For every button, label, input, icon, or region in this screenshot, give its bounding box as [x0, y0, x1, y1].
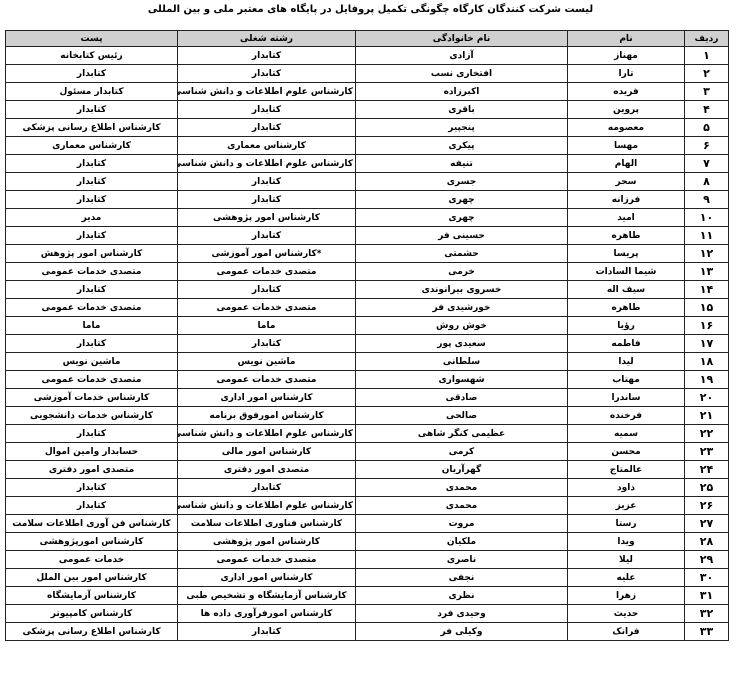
- cell-last-name: ملکیان: [356, 533, 568, 551]
- cell-job-field: کتابدار: [178, 47, 356, 65]
- header-position: پست: [6, 31, 178, 47]
- cell-row-number: ۲۳: [685, 443, 729, 461]
- cell-job-field: کارشناس امور اداری: [178, 389, 356, 407]
- cell-first-name: مهناز: [568, 47, 685, 65]
- cell-last-name: جسری: [356, 173, 568, 191]
- header-row-number: ردیف: [685, 31, 729, 47]
- document-title: لیست شرکت کنندگان کارگاه چگونگی تکمیل پر…: [0, 4, 741, 15]
- cell-row-number: ۱۲: [685, 245, 729, 263]
- cell-last-name: حشمتی: [356, 245, 568, 263]
- participants-table: ردیف نام نام خانوادگی رشته شغلی پست ۱مهن…: [5, 30, 729, 641]
- cell-job-field: کتابدار: [178, 119, 356, 137]
- table-row: ۱۱طاهرهحسینی فرکتابدارکتابدار: [6, 227, 729, 245]
- cell-first-name: فریده: [568, 83, 685, 101]
- cell-position: کارشناس خدمات دانشجویی: [6, 407, 178, 425]
- cell-last-name: وحیدی فرد: [356, 605, 568, 623]
- cell-job-field: متصدی خدمات عمومی: [178, 371, 356, 389]
- cell-job-field: کتابدار: [178, 335, 356, 353]
- table-row: ۱۶رؤیاخوش روشماماماما: [6, 317, 729, 335]
- cell-row-number: ۱۵: [685, 299, 729, 317]
- cell-last-name: خورشیدی فر: [356, 299, 568, 317]
- table-row: ۲۱فرخندهصالحیکارشناس امورفوق برنامهکارشن…: [6, 407, 729, 425]
- cell-row-number: ۱۳: [685, 263, 729, 281]
- cell-first-name: فرخنده: [568, 407, 685, 425]
- cell-position: کارشناس کامپیوتر: [6, 605, 178, 623]
- cell-row-number: ۲۰: [685, 389, 729, 407]
- cell-first-name: طاهره: [568, 227, 685, 245]
- cell-position: ماما: [6, 317, 178, 335]
- cell-position: کتابدار: [6, 173, 178, 191]
- cell-row-number: ۲۵: [685, 479, 729, 497]
- cell-job-field: کتابدار: [178, 281, 356, 299]
- cell-last-name: شهسواری: [356, 371, 568, 389]
- cell-first-name: عالمتاج: [568, 461, 685, 479]
- table-row: ۲۵داودمحمدیکتابدارکتابدار: [6, 479, 729, 497]
- cell-position: مدیر: [6, 209, 178, 227]
- cell-first-name: زهرا: [568, 587, 685, 605]
- cell-first-name: عزیز: [568, 497, 685, 515]
- cell-job-field: کارشناس علوم اطلاعات و دانش شناسی: [178, 155, 356, 173]
- cell-job-field: کارشناس علوم اطلاعات و دانش شناسی: [178, 83, 356, 101]
- cell-job-field: متصدی خدمات عمومی: [178, 551, 356, 569]
- table-row: ۲۴عالمتاجگهرآریانمتصدی امور دفتریمتصدی ا…: [6, 461, 729, 479]
- cell-last-name: محمدی: [356, 497, 568, 515]
- table-row: ۳۲حدیثوحیدی فردکارشناس امورفرآوری داده ه…: [6, 605, 729, 623]
- cell-row-number: ۳: [685, 83, 729, 101]
- cell-row-number: ۸: [685, 173, 729, 191]
- cell-row-number: ۳۱: [685, 587, 729, 605]
- cell-first-name: لیلا: [568, 551, 685, 569]
- cell-position: متصدی خدمات عمومی: [6, 371, 178, 389]
- table-row: ۵معصومهپنجپیرکتابدارکارشناس اطلاع رسانی …: [6, 119, 729, 137]
- cell-first-name: حدیث: [568, 605, 685, 623]
- cell-first-name: معصومه: [568, 119, 685, 137]
- table-row: ۹فرزانهچهریکتابدارکتابدار: [6, 191, 729, 209]
- cell-last-name: باقری: [356, 101, 568, 119]
- cell-row-number: ۱۸: [685, 353, 729, 371]
- cell-last-name: آزادی: [356, 47, 568, 65]
- cell-row-number: ۲۱: [685, 407, 729, 425]
- cell-position: کارشناس امور بین الملل: [6, 569, 178, 587]
- cell-first-name: داود: [568, 479, 685, 497]
- cell-first-name: شیما السادات: [568, 263, 685, 281]
- cell-row-number: ۲۶: [685, 497, 729, 515]
- cell-last-name: اکبرزاده: [356, 83, 568, 101]
- cell-job-field: کتابدار: [178, 101, 356, 119]
- cell-first-name: رستا: [568, 515, 685, 533]
- cell-job-field: متصدی خدمات عمومی: [178, 299, 356, 317]
- cell-job-field: کارشناس امورفرآوری داده ها: [178, 605, 356, 623]
- cell-row-number: ۱۷: [685, 335, 729, 353]
- header-job-field: رشته شغلی: [178, 31, 356, 47]
- cell-last-name: صالحی: [356, 407, 568, 425]
- table-row: ۳۰علیهنجفیکارشناس امور اداریکارشناس امور…: [6, 569, 729, 587]
- cell-job-field: کارشناس معماری: [178, 137, 356, 155]
- cell-last-name: محمدی: [356, 479, 568, 497]
- cell-job-field: کارشناس آزمایشگاه و تشخیص طبی: [178, 587, 356, 605]
- cell-position: رئیس کتابخانه: [6, 47, 178, 65]
- cell-position: خدمات عمومی: [6, 551, 178, 569]
- cell-job-field: کتابدار: [178, 65, 356, 83]
- table-row: ۲تاراافتخاری نسبکتابدارکتابدار: [6, 65, 729, 83]
- cell-position: کارشناس فن آوری اطلاعات سلامت: [6, 515, 178, 533]
- cell-row-number: ۱۰: [685, 209, 729, 227]
- cell-last-name: سعیدی پور: [356, 335, 568, 353]
- table-row: ۲۸ویداملکیانکارشناس امور پژوهشیکارشناس ا…: [6, 533, 729, 551]
- table-row: ۳۳فرانکوکیلی فرکتابدارکارشناس اطلاع رسان…: [6, 623, 729, 641]
- table-row: ۳۱زهرانظریکارشناس آزمایشگاه و تشخیص طبیک…: [6, 587, 729, 605]
- cell-job-field: *کارشناس امور آموزشی: [178, 245, 356, 263]
- cell-job-field: ماشین نویس: [178, 353, 356, 371]
- cell-last-name: نظری: [356, 587, 568, 605]
- cell-last-name: حسینی فر: [356, 227, 568, 245]
- cell-first-name: ویدا: [568, 533, 685, 551]
- cell-position: کارشناس امور پژوهش: [6, 245, 178, 263]
- cell-last-name: تنیفه: [356, 155, 568, 173]
- cell-position: ماشین نویس: [6, 353, 178, 371]
- table-row: ۲۷رستامروتکارشناس فناوری اطلاعات سلامتکا…: [6, 515, 729, 533]
- cell-first-name: پروین: [568, 101, 685, 119]
- cell-position: متصدی امور دفتری: [6, 461, 178, 479]
- cell-last-name: افتخاری نسب: [356, 65, 568, 83]
- cell-position: کارشناس معماری: [6, 137, 178, 155]
- cell-last-name: ناصری: [356, 551, 568, 569]
- cell-first-name: فرزانه: [568, 191, 685, 209]
- cell-last-name: پیکری: [356, 137, 568, 155]
- cell-first-name: محسن: [568, 443, 685, 461]
- header-last-name: نام خانوادگی: [356, 31, 568, 47]
- cell-row-number: ۱۶: [685, 317, 729, 335]
- cell-last-name: عظیمی کنگر شاهی: [356, 425, 568, 443]
- cell-job-field: کارشناس امور پژوهشی: [178, 533, 356, 551]
- table-row: ۳فریدهاکبرزادهکارشناس علوم اطلاعات و دان…: [6, 83, 729, 101]
- cell-last-name: صادقی: [356, 389, 568, 407]
- cell-last-name: خسروی بیرانوندی: [356, 281, 568, 299]
- cell-last-name: خرمی: [356, 263, 568, 281]
- table-row: ۱۳شیما الساداتخرمیمتصدی خدمات عمومیمتصدی…: [6, 263, 729, 281]
- cell-position: کتابدار: [6, 479, 178, 497]
- table-row: ۱مهنازآزادیکتابداررئیس کتابخانه: [6, 47, 729, 65]
- table-row: ۲۲سمیهعظیمی کنگر شاهیکارشناس علوم اطلاعا…: [6, 425, 729, 443]
- cell-first-name: فاطمه: [568, 335, 685, 353]
- cell-last-name: کرمی: [356, 443, 568, 461]
- cell-row-number: ۳۲: [685, 605, 729, 623]
- cell-row-number: ۶: [685, 137, 729, 155]
- cell-position: متصدی خدمات عمومی: [6, 263, 178, 281]
- cell-job-field: متصدی خدمات عمومی: [178, 263, 356, 281]
- cell-row-number: ۹: [685, 191, 729, 209]
- cell-job-field: کارشناس امورفوق برنامه: [178, 407, 356, 425]
- cell-job-field: کتابدار: [178, 479, 356, 497]
- cell-first-name: فرانک: [568, 623, 685, 641]
- table-row: ۴پروینباقریکتابدارکتابدار: [6, 101, 729, 119]
- cell-position: کتابدار: [6, 425, 178, 443]
- cell-job-field: متصدی امور دفتری: [178, 461, 356, 479]
- cell-position: کارشناس آزمایشگاه: [6, 587, 178, 605]
- cell-job-field: کارشناس امور پژوهشی: [178, 209, 356, 227]
- table-row: ۱۲پریساحشمتی*کارشناس امور آموزشیکارشناس …: [6, 245, 729, 263]
- table-row: ۶مهساپیکریکارشناس معماریکارشناس معماری: [6, 137, 729, 155]
- cell-job-field: کارشناس امور اداری: [178, 569, 356, 587]
- table-row: ۲۰ساندراصادقیکارشناس امور اداریکارشناس خ…: [6, 389, 729, 407]
- cell-job-field: ماما: [178, 317, 356, 335]
- cell-first-name: سحر: [568, 173, 685, 191]
- cell-first-name: ساندرا: [568, 389, 685, 407]
- cell-position: متصدی خدمات عمومی: [6, 299, 178, 317]
- cell-job-field: کارشناس علوم اطلاعات و دانش شناسی: [178, 425, 356, 443]
- cell-row-number: ۷: [685, 155, 729, 173]
- cell-position: کارشناس اطلاع رسانی پزشکی: [6, 119, 178, 137]
- cell-first-name: پریسا: [568, 245, 685, 263]
- cell-position: کتابدار: [6, 191, 178, 209]
- cell-position: کتابدار: [6, 155, 178, 173]
- cell-row-number: ۲۷: [685, 515, 729, 533]
- header-first-name: نام: [568, 31, 685, 47]
- cell-job-field: کارشناس امور مالی: [178, 443, 356, 461]
- cell-row-number: ۱۱: [685, 227, 729, 245]
- cell-first-name: مهسا: [568, 137, 685, 155]
- table-row: ۱۹مهتابشهسواریمتصدی خدمات عمومیمتصدی خدم…: [6, 371, 729, 389]
- cell-first-name: لیدا: [568, 353, 685, 371]
- cell-row-number: ۳۳: [685, 623, 729, 641]
- cell-row-number: ۱: [685, 47, 729, 65]
- cell-first-name: سیف اله: [568, 281, 685, 299]
- cell-last-name: سلطانی: [356, 353, 568, 371]
- cell-row-number: ۳۰: [685, 569, 729, 587]
- cell-row-number: ۱۹: [685, 371, 729, 389]
- cell-job-field: کتابدار: [178, 191, 356, 209]
- cell-first-name: طاهره: [568, 299, 685, 317]
- cell-row-number: ۲۲: [685, 425, 729, 443]
- cell-last-name: چهری: [356, 209, 568, 227]
- table-row: ۱۷فاطمهسعیدی پورکتابدارکتابدار: [6, 335, 729, 353]
- cell-row-number: ۲۹: [685, 551, 729, 569]
- table-row: ۱۰امیدچهریکارشناس امور پژوهشیمدیر: [6, 209, 729, 227]
- cell-row-number: ۵: [685, 119, 729, 137]
- table-row: ۲۹لیلاناصریمتصدی خدمات عمومیخدمات عمومی: [6, 551, 729, 569]
- cell-last-name: نجفی: [356, 569, 568, 587]
- cell-last-name: وکیلی فر: [356, 623, 568, 641]
- cell-last-name: گهرآریان: [356, 461, 568, 479]
- cell-job-field: کارشناس علوم اطلاعات و دانش شناسی: [178, 497, 356, 515]
- table-row: ۷الهامتنیفهکارشناس علوم اطلاعات و دانش ش…: [6, 155, 729, 173]
- cell-job-field: کارشناس فناوری اطلاعات سلامت: [178, 515, 356, 533]
- cell-position: کتابدار مسئول: [6, 83, 178, 101]
- cell-position: کتابدار: [6, 227, 178, 245]
- cell-last-name: خوش روش: [356, 317, 568, 335]
- table-row: ۲۶عزیزمحمدیکارشناس علوم اطلاعات و دانش ش…: [6, 497, 729, 515]
- cell-row-number: ۲۸: [685, 533, 729, 551]
- cell-position: حسابدار وامین اموال: [6, 443, 178, 461]
- cell-last-name: چهری: [356, 191, 568, 209]
- cell-position: کتابدار: [6, 65, 178, 83]
- cell-first-name: الهام: [568, 155, 685, 173]
- cell-position: کتابدار: [6, 101, 178, 119]
- cell-row-number: ۴: [685, 101, 729, 119]
- table-header-row: ردیف نام نام خانوادگی رشته شغلی پست: [6, 31, 729, 47]
- table-row: ۱۸لیداسلطانیماشین نویسماشین نویس: [6, 353, 729, 371]
- cell-job-field: کتابدار: [178, 227, 356, 245]
- cell-position: کتابدار: [6, 281, 178, 299]
- cell-first-name: سمیه: [568, 425, 685, 443]
- table-row: ۲۳محسنکرمیکارشناس امور مالیحسابدار وامین…: [6, 443, 729, 461]
- cell-last-name: مروت: [356, 515, 568, 533]
- cell-position: کتابدار: [6, 497, 178, 515]
- cell-row-number: ۲: [685, 65, 729, 83]
- cell-job-field: کتابدار: [178, 623, 356, 641]
- cell-job-field: کتابدار: [178, 173, 356, 191]
- cell-first-name: تارا: [568, 65, 685, 83]
- cell-last-name: پنجپیر: [356, 119, 568, 137]
- cell-position: کارشناس امورپژوهشی: [6, 533, 178, 551]
- cell-position: کارشناس خدمات آموزشی: [6, 389, 178, 407]
- table-row: ۱۵طاهرهخورشیدی فرمتصدی خدمات عمومیمتصدی …: [6, 299, 729, 317]
- cell-position: کتابدار: [6, 335, 178, 353]
- cell-first-name: مهتاب: [568, 371, 685, 389]
- cell-first-name: علیه: [568, 569, 685, 587]
- cell-first-name: امید: [568, 209, 685, 227]
- cell-row-number: ۱۴: [685, 281, 729, 299]
- cell-position: کارشناس اطلاع رسانی پزشکی: [6, 623, 178, 641]
- cell-row-number: ۲۴: [685, 461, 729, 479]
- table-row: ۸سحرجسریکتابدارکتابدار: [6, 173, 729, 191]
- table-row: ۱۴سیف الهخسروی بیرانوندیکتابدارکتابدار: [6, 281, 729, 299]
- cell-first-name: رؤیا: [568, 317, 685, 335]
